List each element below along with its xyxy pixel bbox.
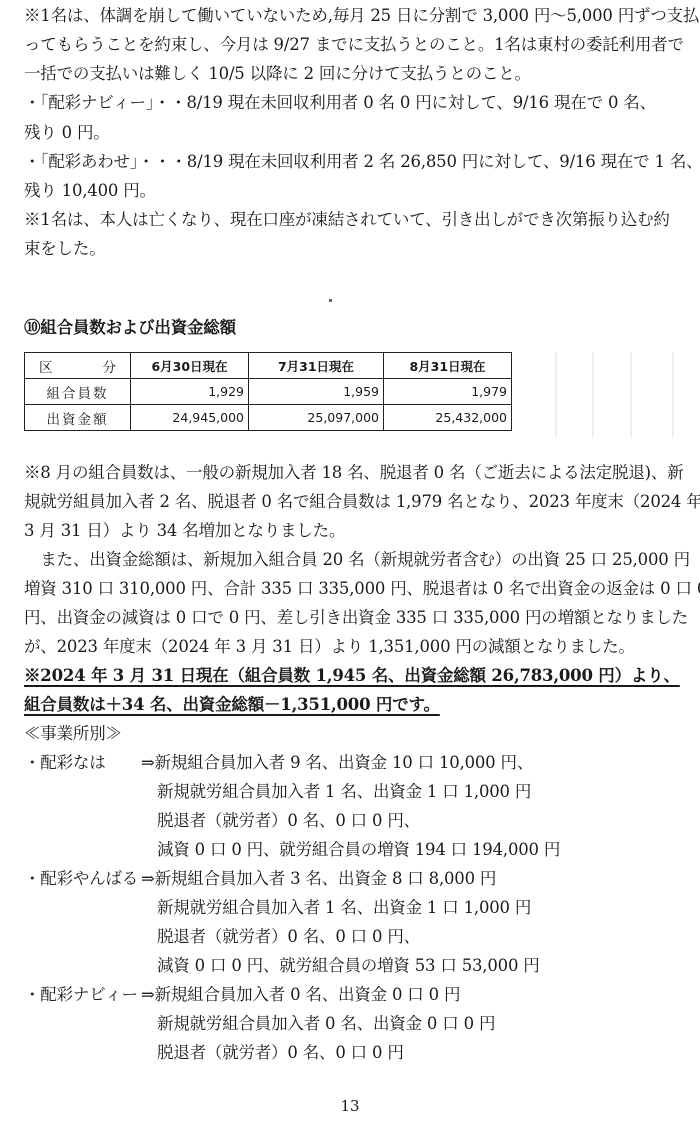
text-line: 一括での支払いは難しく 10/5 以降に 2 回に分けて支払うとのこと。 (24, 64, 531, 84)
table-row: 出資金額 24,945,000 25,097,000 25,432,000 (25, 405, 512, 431)
office-yanbaru-line: ・配彩やんばる⇒新規組合員加入者 3 名、出資金 8 口 8,000 円 (24, 869, 496, 889)
text-line: ※1名は、体調を崩して働いていないため,毎月 25 日に分割で 3,000 円～… (24, 6, 699, 26)
page-number: 13 (0, 1097, 700, 1115)
scan-artifact (592, 352, 594, 437)
text-line: 増資 310 口 310,000 円、合計 335 口 335,000 円、脱退… (24, 579, 700, 599)
text-line: 規就労組員加入者 2 名、脱退者 0 名で組合員数は 1,979 名となり、20… (24, 492, 700, 512)
section-title: ⑩組合員数および出資金総額 (24, 318, 236, 338)
header-kubun-left: 区 (39, 356, 53, 376)
text-line: 3 月 31 日）より 34 名増加となりました。 (24, 521, 345, 541)
text-line: ってもらうことを約束し、今月は 9/27 までに支払うとのこと。1名は東村の委託… (24, 35, 684, 55)
text-line: ※8 月の組合員数は、一般の新規加入者 18 名、脱退者 0 名（ご逝去による法… (24, 463, 683, 483)
cell-capital-jun30: 24,945,000 (131, 405, 249, 431)
text-line: 束をした。 (24, 239, 106, 259)
office-yanbaru-detail: 新規就労組合員加入者 1 名、出資金 1 口 1,000 円 (157, 898, 531, 918)
office-naha-detail: 減資 0 口 0 円、就労組合員の増資 194 口 194,000 円 (157, 840, 560, 860)
header-kubun-right: 分 (103, 356, 117, 376)
office-name-yanbaru: ・配彩やんばる (24, 869, 141, 889)
header-kubun: 区 分 (25, 353, 131, 379)
cell-members-jun30: 1,929 (131, 379, 249, 405)
header-aug31: 8月31日現在 (384, 353, 512, 379)
text-line: が、2023 年度末（2024 年 3 月 31 日）より 1,351,000 … (24, 637, 635, 657)
office-naha-detail: 新規就労組合員加入者 1 名、出資金 1 口 1,000 円 (157, 782, 531, 802)
office-nabii-detail: 新規就労組合員加入者 0 名、出資金 0 口 0 円 (157, 1014, 495, 1034)
text-line: 円、出資金の減資は 0 口で 0 円、差し引き出資金 335 口 335,000… (24, 608, 688, 628)
scan-artifact (672, 352, 674, 437)
cell-members-aug31: 1,979 (384, 379, 512, 405)
text-line: 残り 0 円。 (24, 123, 110, 143)
header-jul31: 7月31日現在 (249, 353, 384, 379)
office-yanbaru-detail: 脱退者（就労者）0 名、0 口 0 円、 (157, 927, 420, 947)
row-label-capital: 出資金額 (25, 405, 131, 431)
underlined-summary-line: ※2024 年 3 月 31 日現在（組合員数 1,945 名、出資金総額 26… (24, 666, 680, 686)
row-label-members: 組合員数 (25, 379, 131, 405)
office-name-nabii: ・配彩ナビィー (24, 985, 141, 1005)
table-row: 組合員数 1,929 1,959 1,979 (25, 379, 512, 405)
header-jun30: 6月30日現在 (131, 353, 249, 379)
office-yanbaru-detail: 減資 0 口 0 円、就労組合員の増資 53 口 53,000 円 (157, 956, 540, 976)
cell-capital-jul31: 25,097,000 (249, 405, 384, 431)
office-nabii-detail: 脱退者（就労者）0 名、0 口 0 円 (157, 1043, 404, 1063)
scan-artifact (630, 352, 632, 437)
text-line: ※1名は、本人は亡くなり、現在口座が凍結されていて、引き出しができ次第振り込む約 (24, 210, 670, 230)
office-naha-line: ・配彩なは⇒新規組合員加入者 9 名、出資金 10 口 10,000 円、 (24, 753, 533, 773)
table-header-row: 区 分 6月30日現在 7月31日現在 8月31日現在 (25, 353, 512, 379)
underlined-summary-line: 組合員数は＋34 名、出資金総額－1,351,000 円です。 (24, 695, 440, 715)
office-yanbaru-detail: ⇒新規組合員加入者 3 名、出資金 8 口 8,000 円 (141, 869, 496, 888)
scan-artifact (555, 352, 557, 437)
text-line: 残り 10,400 円。 (24, 181, 156, 201)
office-naha-detail: ⇒新規組合員加入者 9 名、出資金 10 口 10,000 円、 (141, 753, 533, 772)
office-nabii-line: ・配彩ナビィー⇒新規組合員加入者 0 名、出資金 0 口 0 円 (24, 985, 460, 1005)
cell-members-jul31: 1,959 (249, 379, 384, 405)
office-naha-detail: 脱退者（就労者）0 名、0 口 0 円、 (157, 811, 420, 831)
office-nabii-detail: ⇒新規組合員加入者 0 名、出資金 0 口 0 円 (141, 985, 460, 1004)
text-line: ・「配彩ナビィー」・・8/19 現在未回収利用者 0 名 0 円に対して、9/1… (24, 93, 656, 113)
scan-speck (329, 299, 332, 302)
text-line: また、出資金総額は、新規加入組合員 20 名（新規就労者含む）の出資 25 口 … (24, 550, 690, 570)
text-line: ・「配彩あわせ」・・・8/19 現在未回収利用者 2 名 26,850 円に対し… (24, 152, 700, 172)
office-name-naha: ・配彩なは (24, 753, 141, 773)
cell-capital-aug31: 25,432,000 (384, 405, 512, 431)
member-capital-table: 区 分 6月30日現在 7月31日現在 8月31日現在 組合員数 1,929 1… (24, 352, 512, 431)
by-office-title: ≪事業所別≫ (24, 724, 122, 744)
